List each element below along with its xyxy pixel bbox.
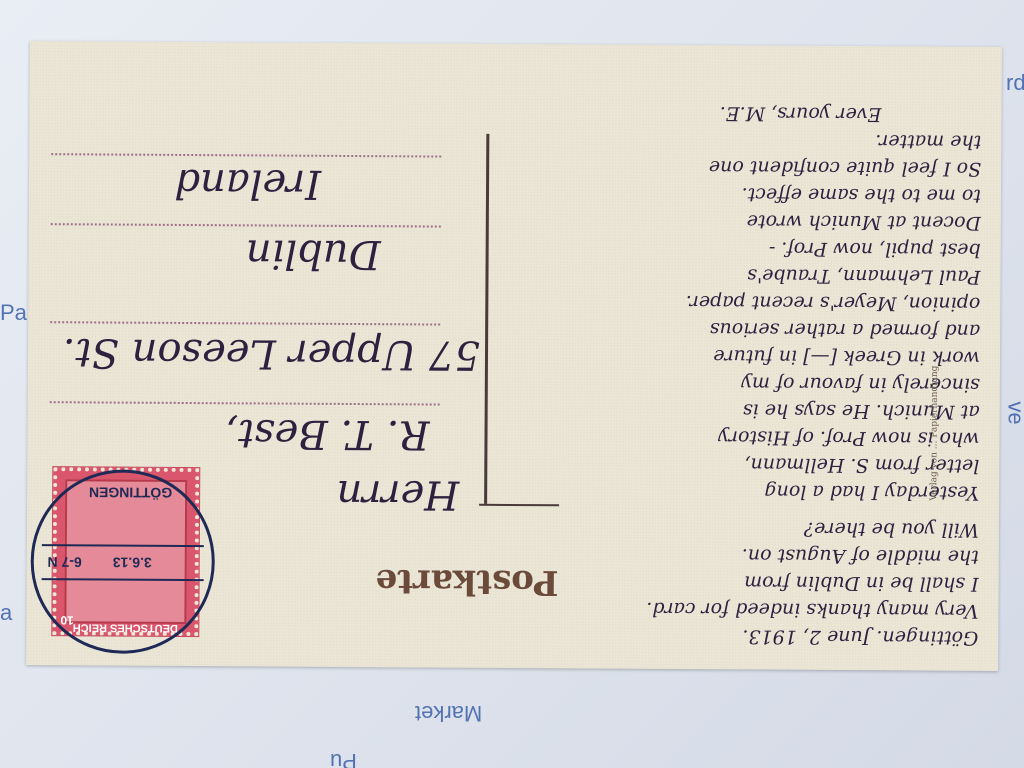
- message-line: Yesterday I had a long: [764, 478, 979, 506]
- postcard: Postkarte Göttingen. June 2, 1913. Very …: [26, 41, 1002, 671]
- address-line-country: Ireland: [174, 160, 321, 207]
- postmark-place: GÖTTINGEN: [89, 484, 172, 501]
- background-print-text: rd: [1006, 70, 1024, 96]
- postmark-time: 6-7 N: [47, 554, 81, 570]
- message-line: Göttingen. June 2, 1913.: [742, 622, 978, 650]
- message-signoff: Ever yours, M.E.: [720, 99, 882, 127]
- address-line-street: 57 Upper Leeson St.: [63, 329, 481, 378]
- address-rule: [50, 321, 440, 325]
- postmark-bar: [42, 578, 204, 581]
- message-line: to me to the same effect.: [742, 180, 981, 208]
- background-print-text: ve: [1003, 401, 1024, 424]
- publisher-imprint: Verlag von ... Papierhandlung: [929, 366, 940, 501]
- message-line: So I feel quite confident one: [709, 153, 981, 182]
- message-line: sincerely in favour of my: [741, 369, 980, 397]
- message-line: the matter.: [875, 127, 981, 155]
- background-print-text: Market: [415, 700, 482, 726]
- address-rule: [51, 223, 441, 227]
- message-line: Very many thanks indeed for card.: [646, 595, 978, 624]
- center-divider-line: [484, 134, 489, 504]
- address-line-salutation: Herrn: [336, 471, 459, 518]
- postmark-date: 3.6.13: [113, 555, 152, 571]
- background-print-text: Pa: [0, 300, 27, 326]
- divider-base: [479, 504, 559, 506]
- message-line: the middle of August on.: [742, 541, 979, 569]
- address-rule: [50, 401, 440, 405]
- message-line: Will you be there?: [804, 515, 979, 543]
- message-line: and formed a rather serious: [710, 315, 981, 344]
- address-line-name: R. T. Best,: [225, 410, 429, 457]
- address-rule: [51, 153, 441, 157]
- postcard-upside-down-content: Postkarte Göttingen. June 2, 1913. Very …: [26, 41, 1002, 671]
- message-line: who is now Prof. of History: [718, 423, 980, 452]
- message-line: best pupil, now Prof. -: [769, 235, 981, 263]
- postkarte-heading: Postkarte: [375, 561, 558, 602]
- message-line: I shall be in Dublin from: [744, 568, 979, 596]
- background-print-text: a: [0, 600, 12, 626]
- message-line: at Munich. He says he is: [743, 396, 980, 424]
- postmark-circle: GÖTTINGEN 3.6.13 6-7 N: [30, 469, 215, 654]
- message-line: Paul Lehmann, Traube's: [747, 261, 980, 289]
- postmark-bar: [42, 544, 204, 547]
- message-line: work in Greek [—] in future: [713, 342, 980, 371]
- address-line-city: Dublin: [246, 230, 381, 277]
- message-line: opinion, Meyer's recent paper.: [686, 288, 981, 317]
- background-print-text: Pu: [330, 748, 357, 768]
- message-line: Docent at Munich wrote: [747, 207, 981, 235]
- message-line: letter from S. Hellmann,: [744, 450, 979, 478]
